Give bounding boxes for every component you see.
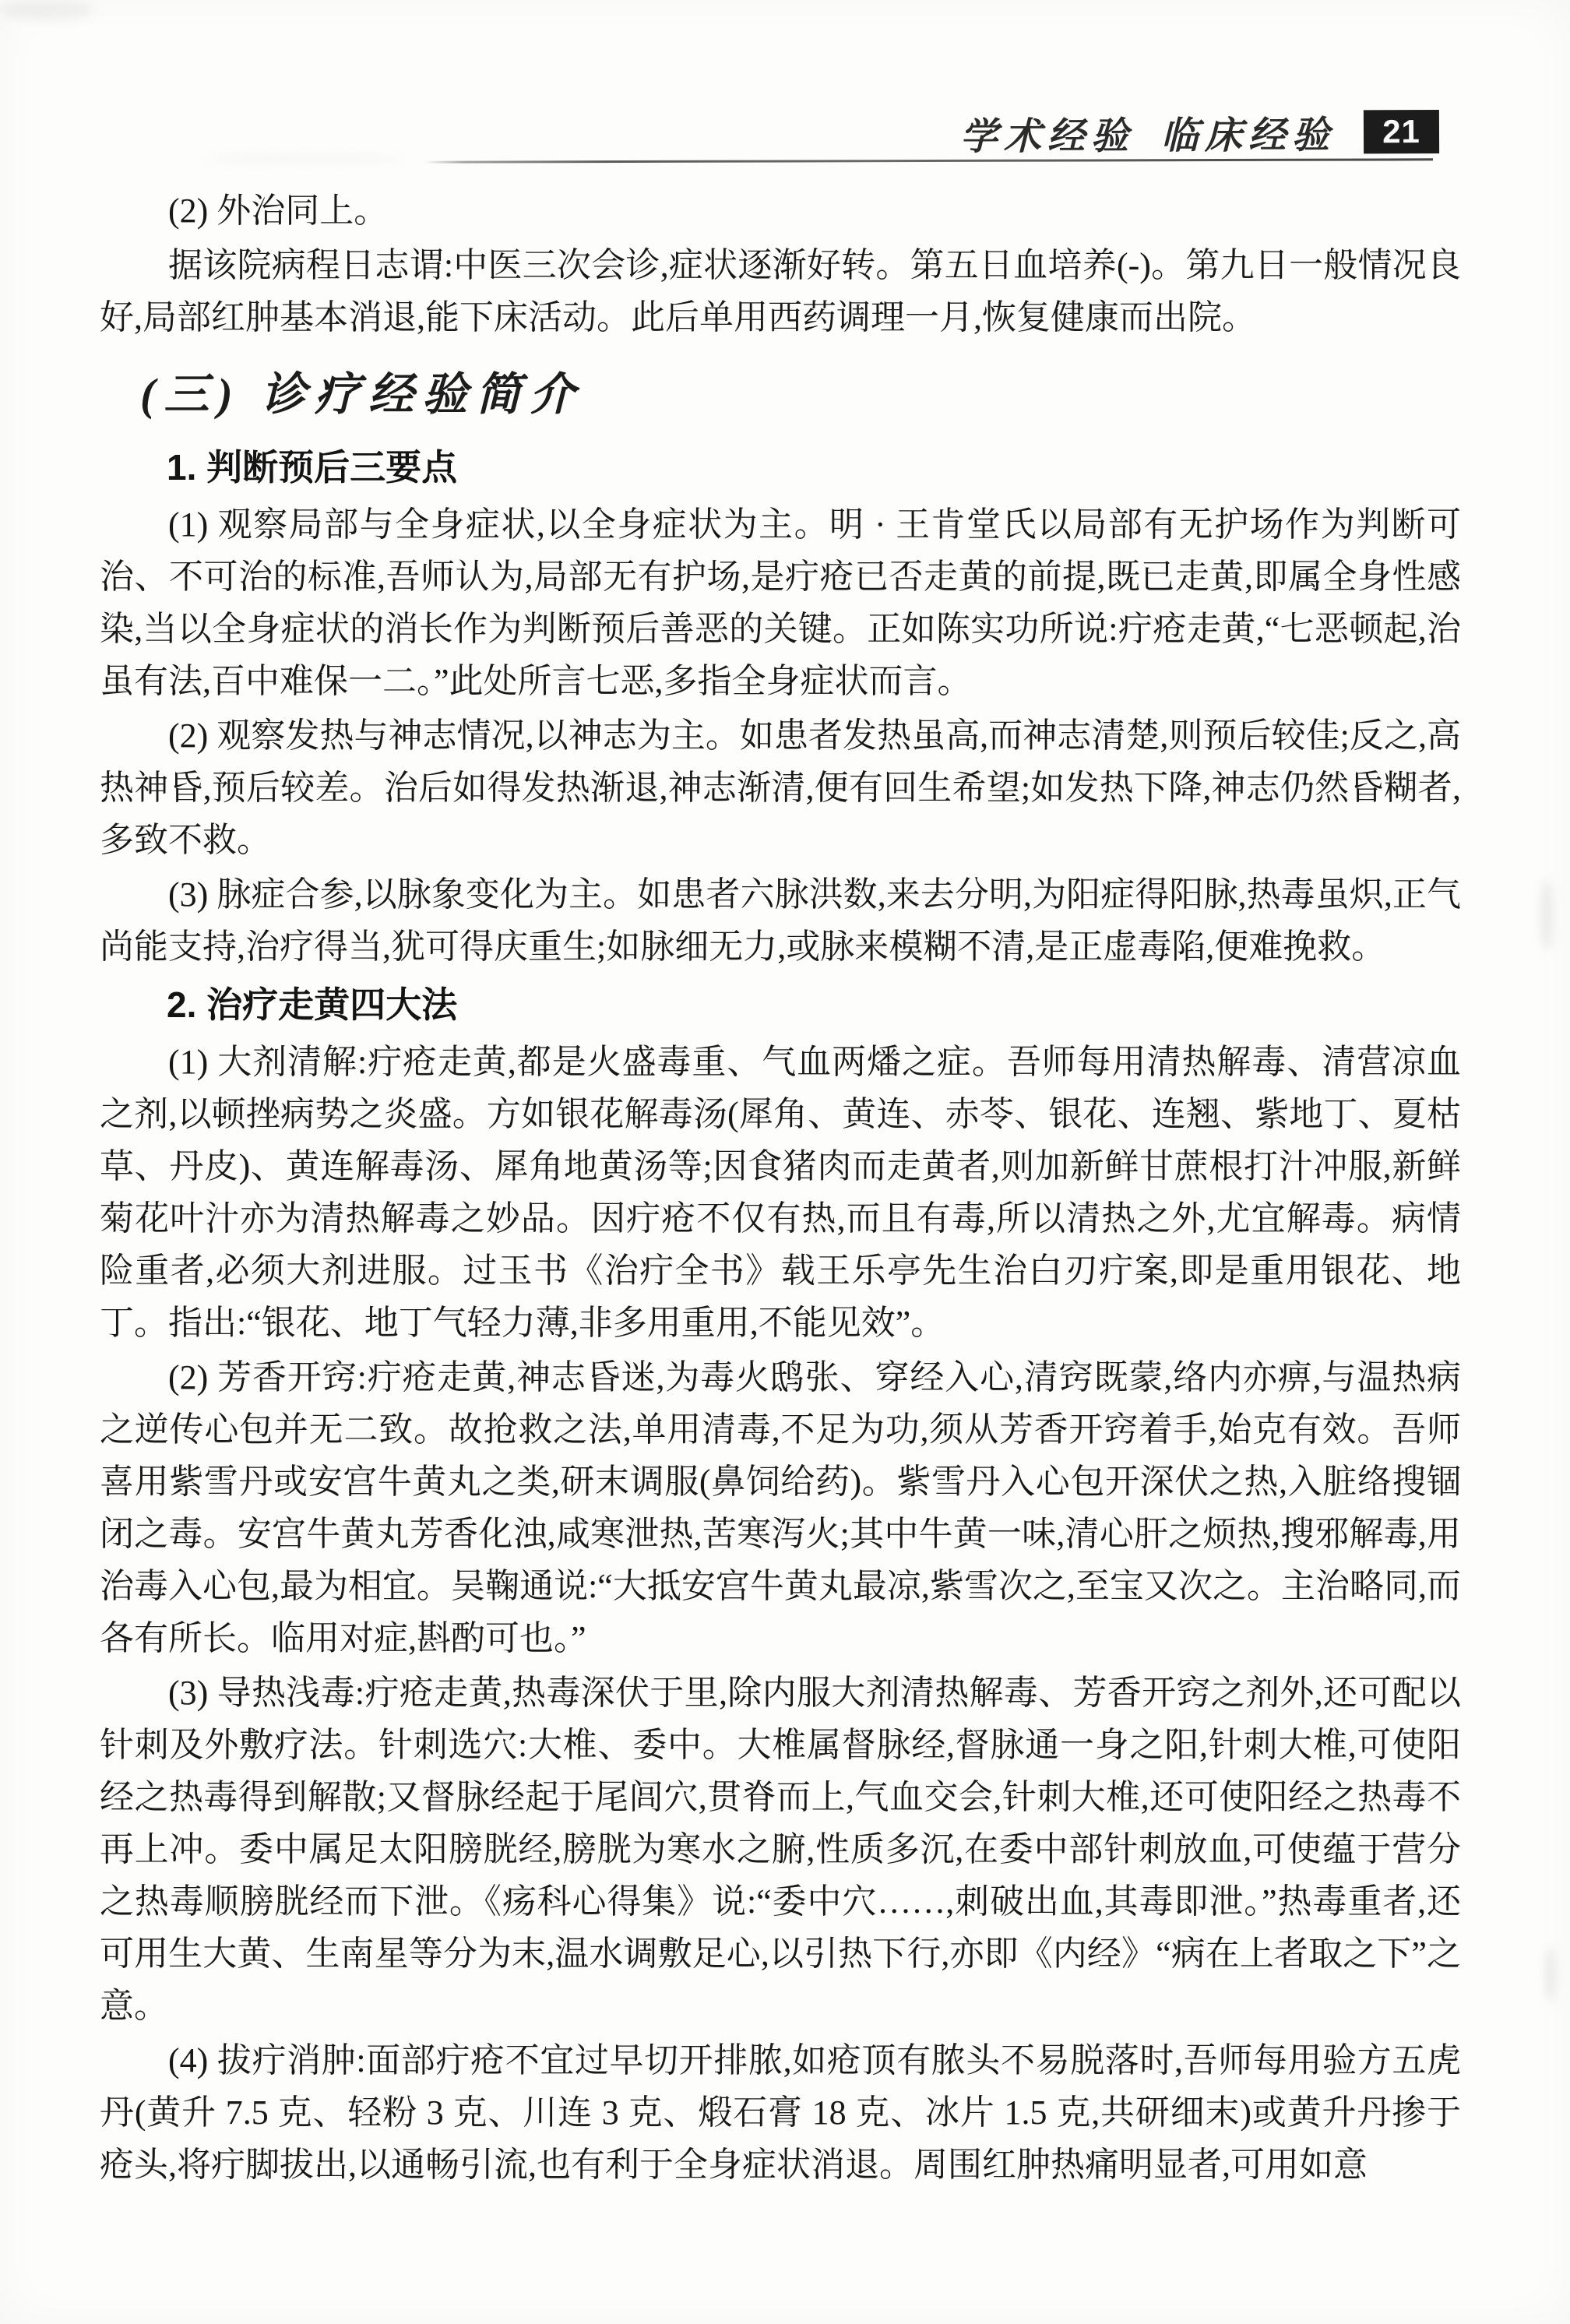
paragraph: (2) 外治同上。 <box>100 185 1461 237</box>
paragraph: (2) 芳香开窍:疔疮走黄,神志昏迷,为毒火鸱张、穿经入心,清窍既蒙,络内亦痹,… <box>100 1351 1461 1664</box>
running-title-left: 学术经验 <box>960 106 1135 160</box>
scan-artifact <box>1545 1947 1556 2002</box>
running-header: 学术经验 临床经验 21 <box>0 104 1439 164</box>
book-page: 学术经验 临床经验 21 (2) 外治同上。据该院病程日志谓:中医三次会诊,症状… <box>0 0 1570 2324</box>
paragraph: 据该院病程日志谓:中医三次会诊,症状逐渐好转。第五日血培养(-)。第九日一般情况… <box>100 239 1461 343</box>
subheading: 2. 治疗走黄四大法 <box>100 979 1461 1031</box>
paragraph: (1) 大剂清解:疔疮走黄,都是火盛毒重、气血两燔之症。吾师每用清热解毒、清营凉… <box>100 1036 1461 1349</box>
paragraph: (3) 导热浅毒:疔疮走黄,热毒深伏于里,除内服大剂清热解毒、芳香开窍之剂外,还… <box>100 1667 1461 2032</box>
section-heading: (三) 诊疗经验简介 <box>100 364 1461 426</box>
scan-artifact <box>202 156 405 162</box>
running-title-right: 临床经验 <box>1161 105 1336 160</box>
paragraph: (3) 脉症合参,以脉象变化为主。如患者六脉洪数,来去分明,为阳症得阳脉,热毒虽… <box>100 868 1461 973</box>
page-number-badge: 21 <box>1364 109 1439 153</box>
page-body: (2) 外治同上。据该院病程日志谓:中医三次会诊,症状逐渐好转。第五日血培养(-… <box>100 185 1461 2193</box>
paragraph: (4) 拔疔消肿:面部疔疮不宜过早切开排脓,如疮顶有脓头不易脱落时,吾师每用验方… <box>100 2034 1461 2191</box>
scan-artifact <box>0 0 93 20</box>
paragraph: (1) 观察局部与全身症状,以全身症状为主。明 · 王肯堂氏以局部有无护场作为判… <box>100 498 1461 707</box>
paragraph: (2) 观察发热与神志情况,以神志为主。如患者发热虽高,而神志清楚,则预后较佳;… <box>100 710 1461 866</box>
scan-artifact <box>1540 880 1553 950</box>
subheading: 1. 判断预后三要点 <box>100 442 1461 494</box>
